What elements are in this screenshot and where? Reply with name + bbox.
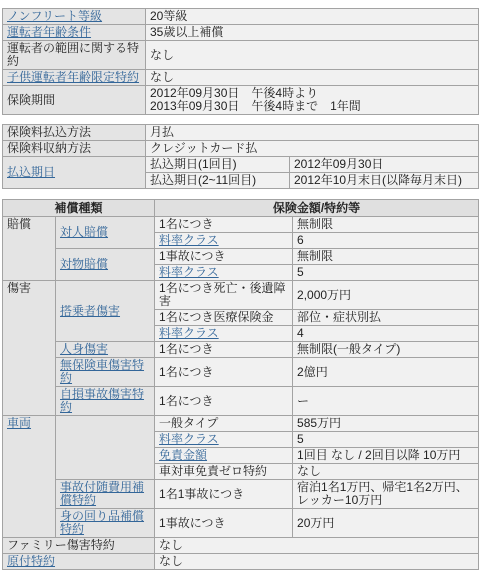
nonfleet-grade-value: 20等級 [146,9,479,25]
rate-class-link[interactable]: 料率クラス [159,265,219,279]
due-date-label-cell: 払込期日 [3,157,146,189]
passenger-injury-link[interactable]: 搭乗者傷害 [60,304,120,318]
car-to-car-zero-label: 車対車免責ゼロ特約 [155,464,293,480]
policy-period-end: 2013年09月30日 午後4時まで 1年間 [150,100,474,113]
policy-period-label: 保険期間 [3,86,146,115]
uninsured-car-cell: 無保険車傷害特約 [56,358,155,387]
table-row: 運転者年齢条件 35歳以上補償 [3,25,479,41]
family-injury-label: ファミリー傷害特約 [3,538,155,554]
personal-effects-sub: 1事故につき [155,509,293,538]
bodily-injury-rate-value: 6 [293,233,479,249]
due-date-first-label: 払込期日(1回目) [146,157,290,173]
vehicle-link[interactable]: 車両 [7,416,31,430]
passenger-injury-rate-cell: 料率クラス [155,326,293,342]
bodily-injury-rate-cell: 料率クラス [155,233,293,249]
table-row: 保険料収納方法 クレジットカード払 [3,141,479,157]
passenger-injury-rate-value: 4 [293,326,479,342]
rate-class-link[interactable]: 料率クラス [159,233,219,247]
passenger-injury-cell: 搭乗者傷害 [56,281,155,342]
bodily-injury-sub: 1名につき [155,217,293,233]
payment-method-value: 月払 [146,125,479,141]
accident-expense-value: 宿泊1名1万円、帰宅1名2万円、レッカー10万円 [293,480,479,509]
deductible-link[interactable]: 免責金額 [159,448,207,462]
vehicle-rate-cell: 料率クラス [155,432,293,448]
property-damage-cell: 対物賠償 [56,249,155,281]
personal-injury-cell: 人身傷害 [56,342,155,358]
table-row: 保険料払込方法 月払 [3,125,479,141]
collection-method-label: 保険料収納方法 [3,141,146,157]
table-row: 運転者の範囲に関する特約 なし [3,41,479,70]
due-date-later-label: 払込期日(2~11回目) [146,173,290,189]
table-row: 無保険車傷害特約 1名につき 2億円 [3,358,479,387]
table-row: ファミリー傷害特約 なし [3,538,479,554]
personal-effects-value: 20万円 [293,509,479,538]
bodily-injury-link[interactable]: 対人賠償 [60,225,108,239]
vehicle-type-sub: 一般タイプ [155,416,293,432]
personal-injury-link[interactable]: 人身傷害 [60,342,108,356]
coverage-amount-header: 保険金額/特約等 [155,200,479,217]
child-driver-value: なし [146,70,479,86]
collection-method-value: クレジットカード払 [146,141,479,157]
child-driver-link[interactable]: 子供運転者年齢限定特約 [7,70,139,84]
driver-age-link[interactable]: 運転者年齢条件 [7,25,91,39]
moped-rider-link[interactable]: 原付特約 [7,554,55,568]
due-date-first-value: 2012年09月30日 [290,157,479,173]
table-row: 自損事故傷害特約 1名につき ー [3,387,479,416]
uninsured-car-link[interactable]: 無保険車傷害特約 [60,358,144,385]
property-damage-rate-value: 5 [293,265,479,281]
table-row: 人身傷害 1名につき 無制限(一般タイプ) [3,342,479,358]
personal-effects-cell: 身の回り品補償特約 [56,509,155,538]
driver-age-label-cell: 運転者年齢条件 [3,25,146,41]
table-header-row: 補償種類 保険金額/特約等 [3,200,479,217]
personal-effects-link[interactable]: 身の回り品補償特約 [60,509,144,536]
table-row: 車両 一般タイプ 585万円 [3,416,479,432]
category-injury: 傷害 [3,281,56,416]
payment-method-label: 保険料払込方法 [3,125,146,141]
property-damage-sub: 1事故につき [155,249,293,265]
uninsured-car-value: 2億円 [293,358,479,387]
driver-scope-value: なし [146,41,479,70]
table-row: 身の回り品補償特約 1事故につき 20万円 [3,509,479,538]
personal-injury-value: 無制限(一般タイプ) [293,342,479,358]
property-damage-link[interactable]: 対物賠償 [60,257,108,271]
self-accident-link[interactable]: 自損事故傷害特約 [60,387,144,414]
car-to-car-zero-value: なし [293,464,479,480]
driver-scope-label: 運転者の範囲に関する特約 [3,41,146,70]
policy-conditions-table: ノンフリート等級 20等級 運転者年齢条件 35歳以上補償 運転者の範囲に関する… [2,8,479,115]
self-accident-value: ー [293,387,479,416]
moped-rider-cell: 原付特約 [3,554,155,570]
table-row: 原付特約 なし [3,554,479,570]
due-date-later-value: 2012年10月末日(以降毎月末日) [290,173,479,189]
personal-injury-sub: 1名につき [155,342,293,358]
passenger-injury-death-sub: 1名につき死亡・後遺障害 [155,281,293,310]
rate-class-link[interactable]: 料率クラス [159,432,219,446]
bodily-injury-value: 無制限 [293,217,479,233]
table-row: 傷害 搭乗者傷害 1名につき死亡・後遺障害 2,000万円 [3,281,479,310]
category-vehicle: 車両 [3,416,56,538]
passenger-injury-medical-value: 部位・症状別払 [293,310,479,326]
coverage-table: 補償種類 保険金額/特約等 賠償 対人賠償 1名につき 無制限 料率クラス 6 … [2,199,479,570]
uninsured-car-sub: 1名につき [155,358,293,387]
deductible-cell: 免責金額 [155,448,293,464]
passenger-injury-medical-sub: 1名につき医療保険金 [155,310,293,326]
rate-class-link[interactable]: 料率クラス [159,326,219,340]
table-row: 賠償 対人賠償 1名につき 無制限 [3,217,479,233]
driver-age-value: 35歳以上補償 [146,25,479,41]
deductible-value: 1回目 なし / 2回目以降 10万円 [293,448,479,464]
policy-period-value: 2012年09月30日 午後4時より 2013年09月30日 午後4時まで 1年… [146,86,479,115]
nonfleet-grade-label-cell: ノンフリート等級 [3,9,146,25]
table-row: 払込期日 払込期日(1回目) 2012年09月30日 [3,157,479,173]
property-damage-value: 無制限 [293,249,479,265]
table-row: ノンフリート等級 20等級 [3,9,479,25]
table-row: 対物賠償 1事故につき 無制限 [3,249,479,265]
category-liability: 賠償 [3,217,56,281]
property-damage-rate-cell: 料率クラス [155,265,293,281]
table-row: 事故付随費用補償特約 1名1事故につき 宿泊1名1万円、帰宅1名2万円、レッカー… [3,480,479,509]
accident-expense-sub: 1名1事故につき [155,480,293,509]
self-accident-cell: 自損事故傷害特約 [56,387,155,416]
payment-table: 保険料払込方法 月払 保険料収納方法 クレジットカード払 払込期日 払込期日(1… [2,124,479,189]
passenger-injury-death-value: 2,000万円 [293,281,479,310]
vehicle-empty-cell [56,416,155,480]
vehicle-rate-value: 5 [293,432,479,448]
child-driver-label-cell: 子供運転者年齢限定特約 [3,70,146,86]
nonfleet-grade-link[interactable]: ノンフリート等級 [7,9,102,23]
family-injury-value: なし [155,538,479,554]
bodily-injury-cell: 対人賠償 [56,217,155,249]
self-accident-sub: 1名につき [155,387,293,416]
accident-expense-cell: 事故付随費用補償特約 [56,480,155,509]
moped-rider-value: なし [155,554,479,570]
accident-expense-link[interactable]: 事故付随費用補償特約 [60,480,144,507]
vehicle-amount-value: 585万円 [293,416,479,432]
coverage-type-header: 補償種類 [3,200,155,217]
due-date-link[interactable]: 払込期日 [7,165,55,179]
table-row: 子供運転者年齢限定特約 なし [3,70,479,86]
table-row: 保険期間 2012年09月30日 午後4時より 2013年09月30日 午後4時… [3,86,479,115]
